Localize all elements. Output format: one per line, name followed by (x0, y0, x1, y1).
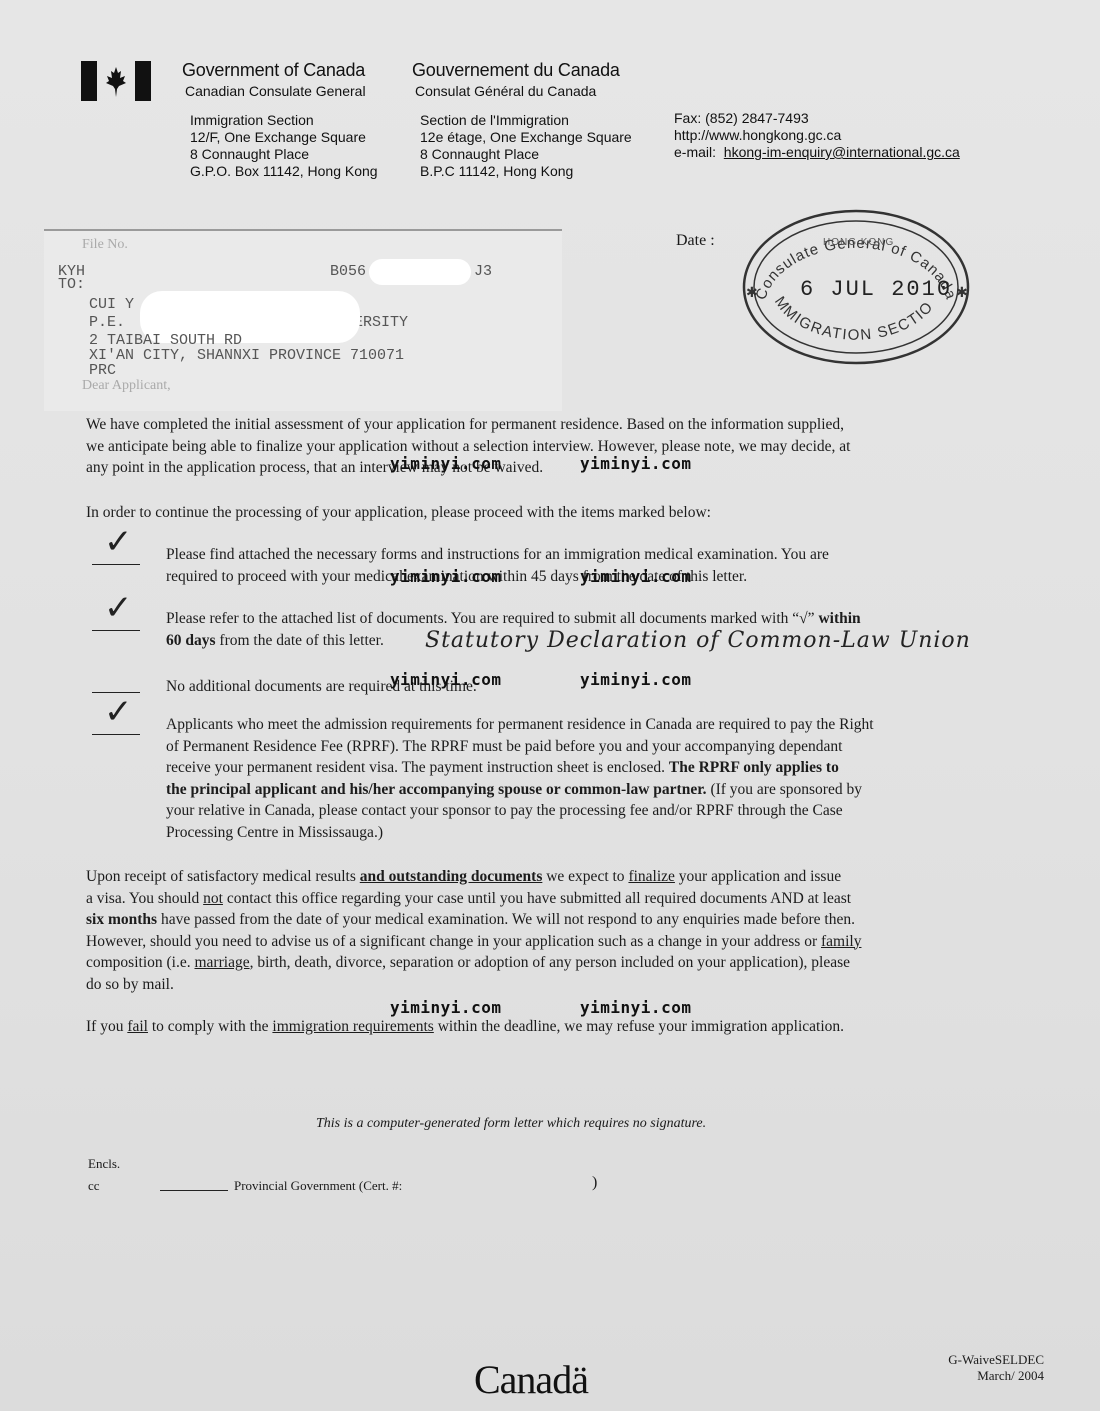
fr-subtitle: Consulat Général du Canada (415, 83, 596, 99)
letter-page: Government of Canada Canadian Consulate … (0, 0, 1100, 1411)
watermark: yiminyi.com (390, 670, 501, 689)
checkmark-icon: ✓ (104, 692, 133, 732)
canada-wordmark: Canadä (474, 1356, 588, 1403)
watermark: yiminyi.com (580, 454, 691, 473)
immigration-date-stamp: Consulate General of Canada IMMIGRATION … (738, 205, 974, 370)
intro-paragraph: We have completed the initial assessment… (86, 414, 1016, 479)
fr-address: Section de l'Immigration 12e étage, One … (420, 112, 632, 180)
recipient-address-box: File No. KYH B056 J3 TO: CUI Y P.E. ERSI… (44, 229, 562, 411)
checkmark-icon: ✓ (104, 588, 133, 628)
en-title: Government of Canada (182, 60, 365, 81)
salutation: Dear Applicant, (82, 378, 171, 394)
date-label: Date : (676, 232, 715, 250)
checkbox-rprf[interactable]: ✓ (92, 690, 142, 736)
cc-blank (160, 1190, 228, 1191)
to-label: TO: (58, 277, 85, 293)
handwritten-note: Statutory Declaration of Common-Law Unio… (425, 628, 971, 653)
file-number-suffix: J3 (474, 264, 492, 280)
proceed-instruction: In order to continue the processing of y… (86, 502, 711, 524)
website-link[interactable]: http://www.hongkong.gc.ca (674, 127, 960, 144)
stamp-city: HONG KONG (823, 237, 894, 248)
email-label: e-mail: (674, 144, 716, 160)
recipient-name: CUI Y (89, 297, 134, 313)
file-no-label: File No. (82, 237, 128, 253)
fr-title: Gouvernement du Canada (412, 60, 620, 81)
watermark: yiminyi.com (390, 454, 501, 473)
fax: Fax: (852) 2847-7493 (674, 110, 960, 127)
watermark: yiminyi.com (580, 998, 691, 1017)
item-rprf-text: Applicants who meet the admission requir… (166, 714, 1016, 843)
watermark: yiminyi.com (390, 567, 501, 586)
checkmark-icon: ✓ (104, 522, 133, 562)
fail-warning: If you fail to comply with the immigrati… (86, 1016, 844, 1038)
watermark: yiminyi.com (580, 567, 691, 586)
en-subtitle: Canadian Consulate General (185, 83, 366, 99)
en-address: Immigration Section 12/F, One Exchange S… (190, 112, 378, 180)
watermark: yiminyi.com (390, 998, 501, 1017)
watermark: yiminyi.com (580, 670, 691, 689)
receipt-paragraph: Upon receipt of satisfactory medical res… (86, 866, 1016, 995)
computer-generated-notice: This is a computer-generated form letter… (316, 1116, 706, 1132)
checkbox-medical[interactable]: ✓ (92, 520, 142, 566)
redaction (369, 259, 471, 285)
contact-info: Fax: (852) 2847-7493 http://www.hongkong… (674, 110, 960, 161)
svg-text:✱: ✱ (746, 286, 758, 301)
recipient-city: XI'AN CITY, SHANNXI PROVINCE 710071 (89, 348, 404, 364)
close-paren: ) (592, 1174, 597, 1192)
canada-flag-icon (81, 61, 151, 101)
stamp-date: 6 JUL 2010 (800, 277, 952, 302)
enclosures-label: Encls. (88, 1156, 120, 1172)
svg-text:✱: ✱ (956, 286, 968, 301)
provincial-government-label: Provincial Government (Cert. #: (234, 1178, 402, 1194)
recipient-line-2-tail: ERSITY (354, 315, 408, 331)
form-code: G-WaiveSELDEC March/ 2004 (936, 1352, 1044, 1384)
recipient-line-2: P.E. (89, 315, 125, 331)
recipient-country: PRC (89, 363, 116, 379)
file-number-prefix: B056 (330, 264, 366, 280)
checkbox-documents[interactable]: ✓ (92, 586, 142, 632)
email-link[interactable]: hkong-im-enquiry@international.gc.ca (724, 144, 960, 160)
cc-label: cc (88, 1178, 100, 1194)
